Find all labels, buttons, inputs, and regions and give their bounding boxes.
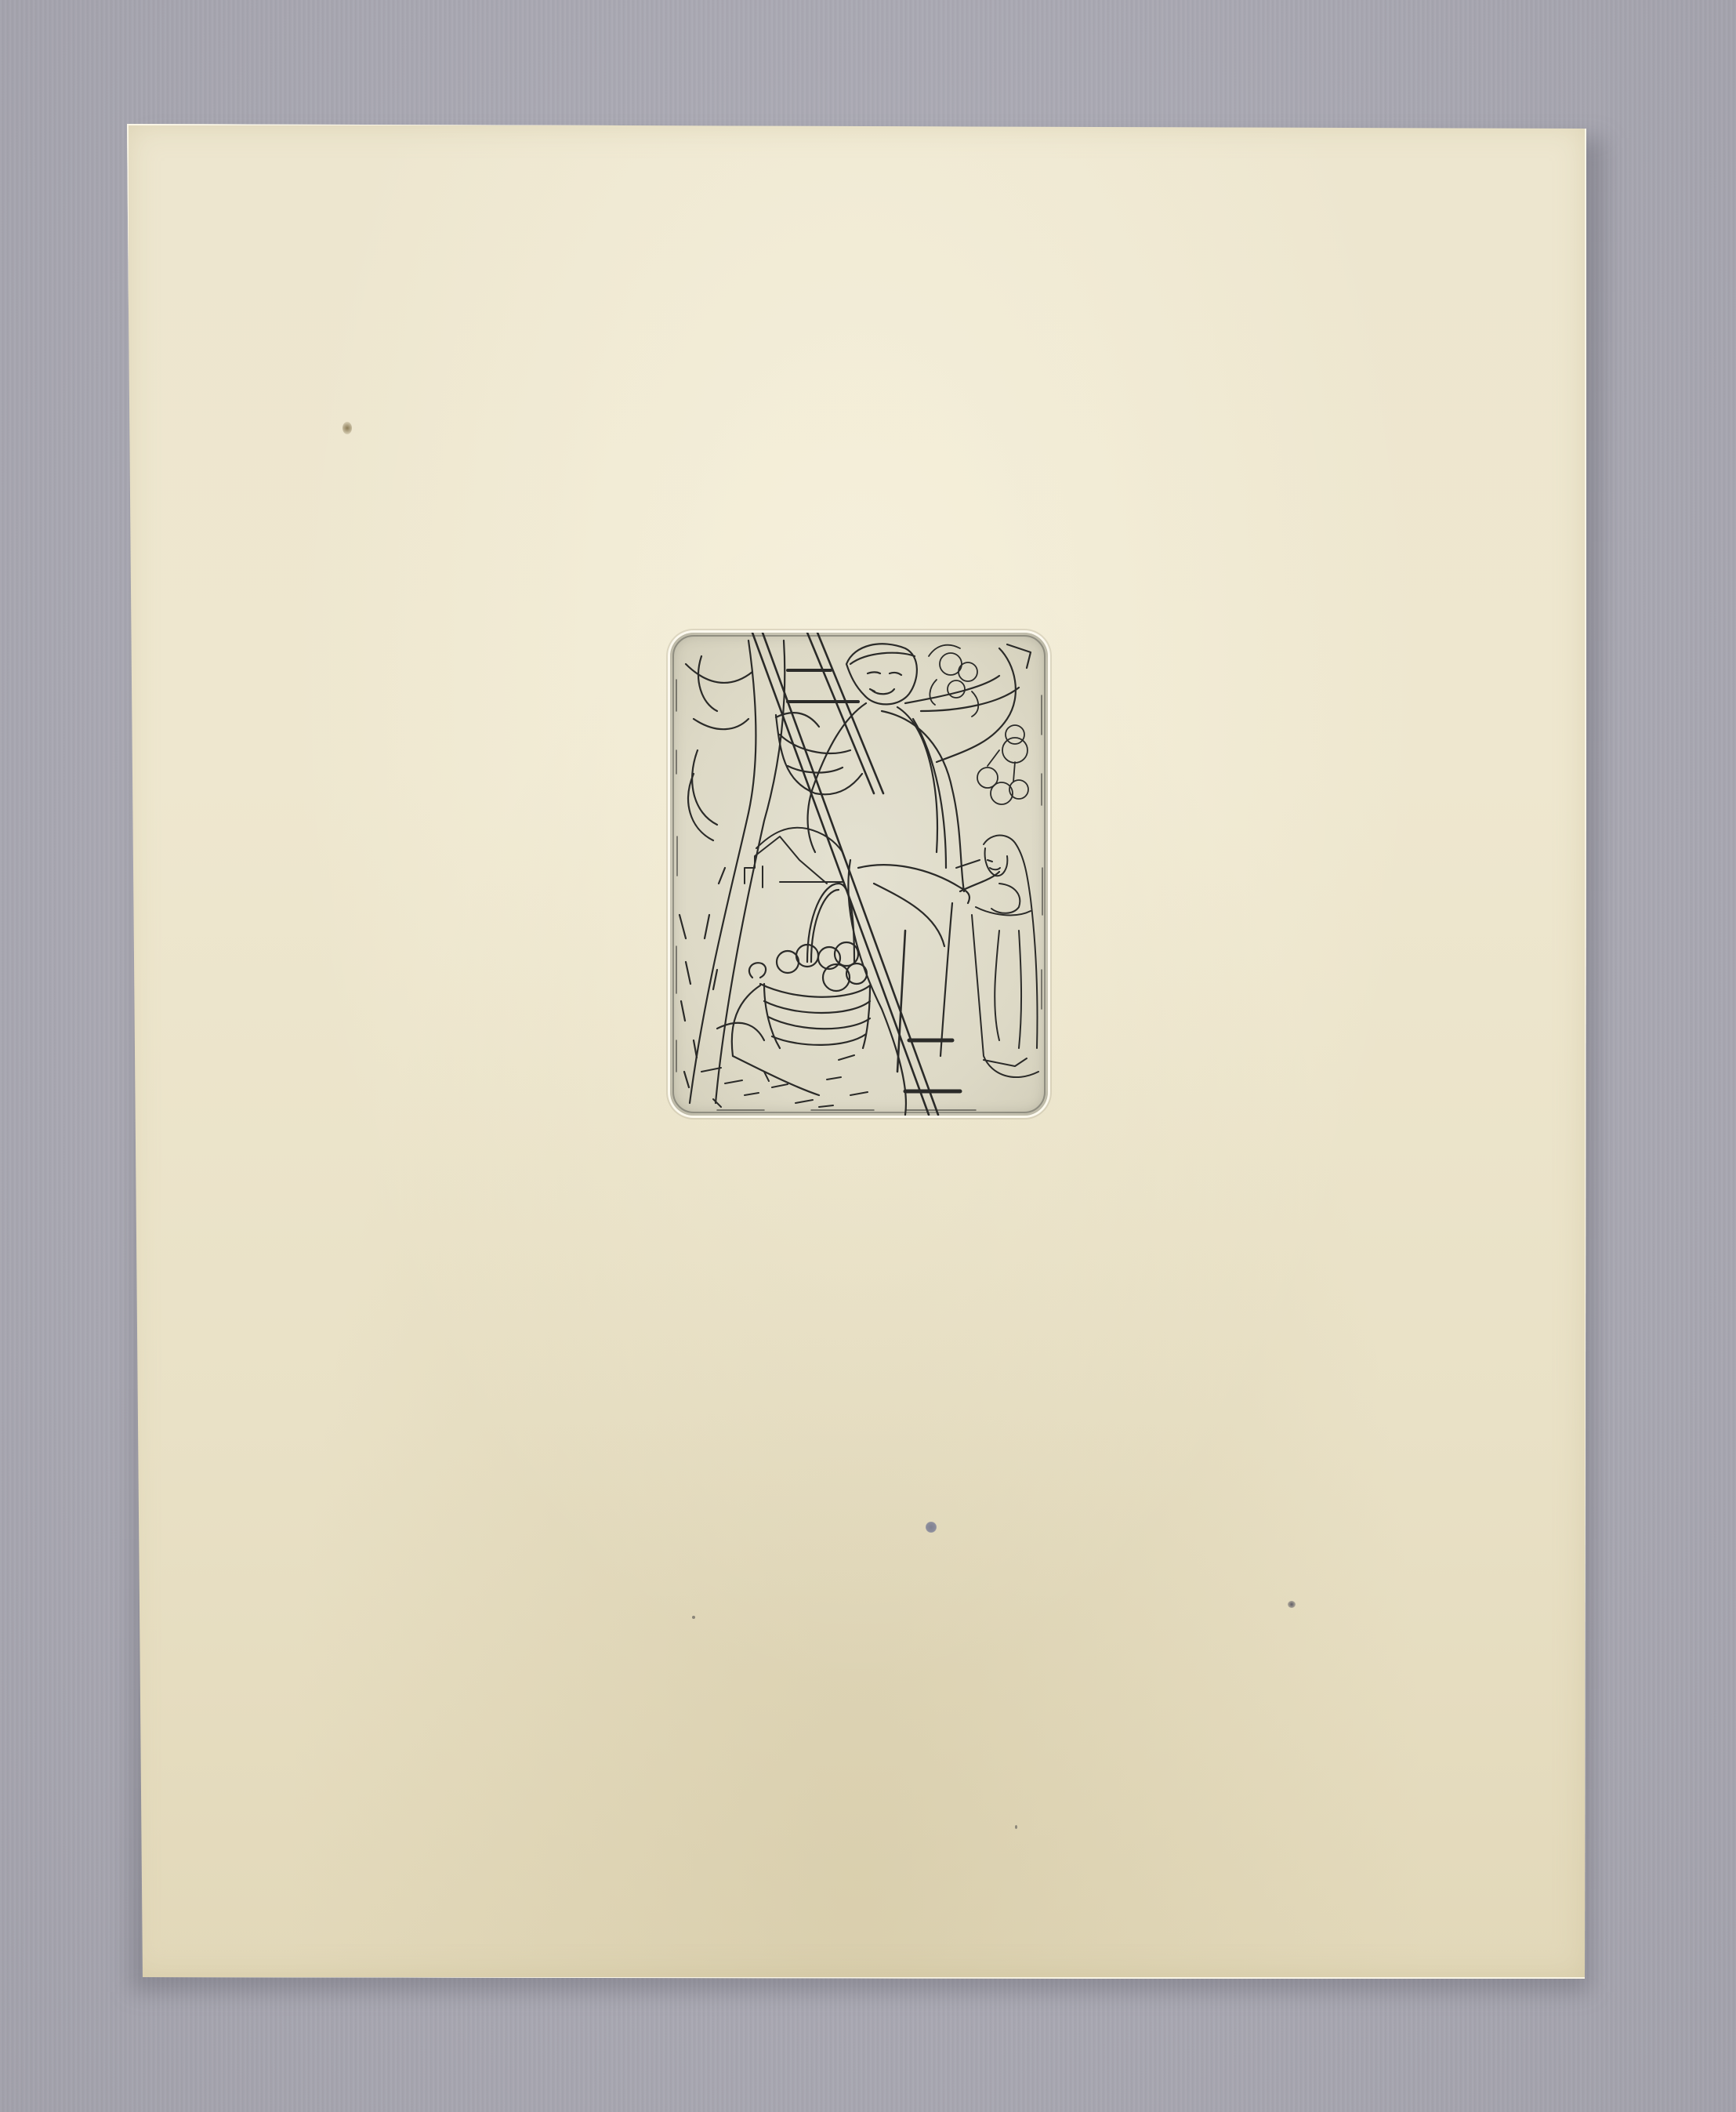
man-head bbox=[846, 644, 917, 704]
woman-figure bbox=[956, 835, 1038, 1077]
etching-drawing bbox=[670, 633, 1048, 1116]
tiny-fleck bbox=[1015, 1825, 1017, 1829]
basket-of-apples bbox=[717, 884, 870, 1095]
grey-fleck bbox=[1288, 1601, 1296, 1608]
etching-plate bbox=[670, 633, 1048, 1116]
grey-dot bbox=[926, 1522, 937, 1533]
tiny-fleck bbox=[692, 1616, 695, 1619]
paper-sheet bbox=[127, 124, 1586, 1979]
brown-foxing-spot bbox=[342, 422, 352, 434]
apples-in-tree bbox=[929, 645, 1028, 804]
background-house bbox=[745, 828, 843, 887]
